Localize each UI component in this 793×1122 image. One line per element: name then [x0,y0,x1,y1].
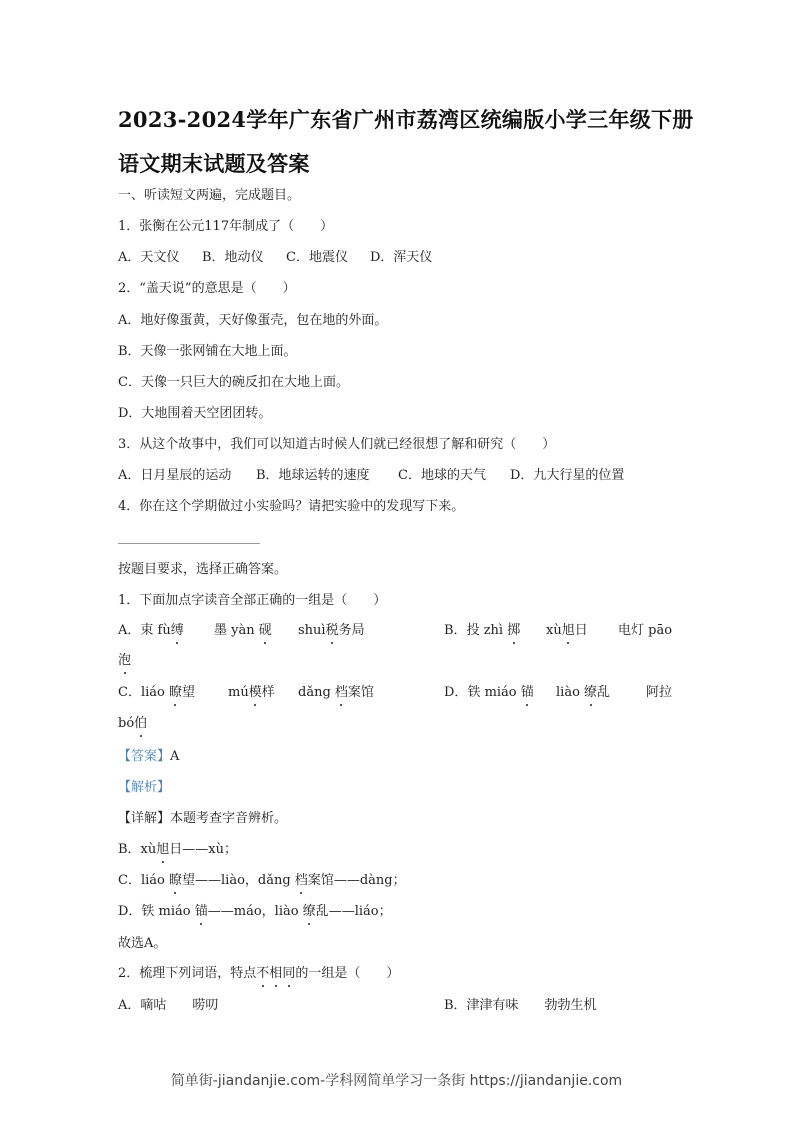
question-1-stem: 1．张衡在公元117年制成了（ ） [118,218,333,236]
option-c: C．地球的天气 [398,467,486,485]
dotted-char: 同 [282,965,295,983]
dotted-char: 档 [335,684,348,702]
section-1-heading: 一、听读短文两遍，完成题目。 [118,187,300,205]
dotted-char: 掷 [507,622,520,640]
analysis-line: 【解析】 [118,779,170,797]
option-label: C． [118,685,141,700]
question-4-stem: 4．你在这个学期做过小实验吗？请把实验中的发现写下来。 [118,498,464,516]
text: 的一组是（ ） [295,966,399,981]
option-a: A．日月星辰的运动 [118,467,231,485]
footer-watermark: 简单街-jiandanjie.com-学科网简单学习一条街 https://ji… [0,1070,793,1090]
document-title-line-2: 语文期末试题及答案 [118,148,698,178]
text: 日——xù； [169,842,237,857]
option-b: B．投 zhì 掷 [444,622,520,640]
option-a: A．天文仪 [118,249,179,267]
s2-question-2-stem: 2．梳理下列词语，特点不相同的一组是（ ） [118,965,399,983]
text: B．xù [118,842,156,857]
dotted-char: 缚 [171,622,184,640]
option-c-word-3: dǎng 档案馆 [298,684,374,702]
word-rest: 望 [182,685,195,700]
explanation-c: C．liáo 瞭望——liào，dǎng 档案馆——dàng； [118,872,406,890]
pinyin-text: mú [228,685,249,700]
dotted-char: 相 [269,965,282,983]
dotted-char: 缭 [584,684,597,702]
option-c: C．liáo 瞭望 [118,684,195,702]
dotted-char: 旭 [156,841,169,859]
dotted-char: 不 [256,965,269,983]
pinyin-text: 铁 miáo [467,685,520,700]
pinyin-text: xù [546,623,562,638]
answer-line: 【答案】A [118,748,179,766]
document-page: 2023-2024学年广东省广州市荔湾区统编版小学三年级下册 语文期末试题及答案… [0,0,793,1122]
text: ——máo，liào [208,904,303,919]
option-b-wrap: 泡 [118,652,131,670]
dotted-char: 锚 [521,684,534,702]
question-2-option-b: B．天像一张网铺在大地上面。 [118,343,297,361]
s2-question-1-stem: 1．下面加点字读音全部正确的一组是（ ） [118,592,386,610]
dotted-char: 伯 [134,715,147,733]
section-2-heading: 按题目要求，选择正确答案。 [118,561,287,579]
option-d-word-3: 阿拉 [646,684,672,702]
conclusion: 故选A。 [118,935,166,953]
option-b: B．地动仪 [202,249,264,267]
pinyin-text: liáo [141,685,169,700]
question-2-option-c: C．天像一只巨大的碗反扣在大地上面。 [118,374,349,392]
dotted-char: 瞭 [169,684,182,702]
dotted-char: 瞭 [169,872,182,890]
text: 乱——liáo； [316,904,392,919]
answer-value: A [170,749,179,764]
text: C．liáo [118,873,169,888]
option-d: D．九大行星的位置 [510,467,624,485]
pinyin-text: 墨 yàn [214,623,259,638]
text: 案馆——dàng； [308,873,406,888]
dotted-char: 模 [249,684,262,702]
word-rest: 样 [262,685,275,700]
option-label: A． [118,623,140,638]
dotted-char: 砚 [259,622,272,640]
detail-text: 本题考查字音辨析。 [170,811,287,826]
word-rest: 乱 [597,685,610,700]
text: 望——liào，dǎng [182,873,295,888]
text: D．铁 miáo [118,904,195,919]
option-d-wrap: bó伯 [118,715,147,733]
option-d-word-2: liào 缭乱 [556,684,610,702]
option-a: A．束 fù缚 [118,622,184,640]
pinyin-text: shuì [298,623,326,638]
option-b: B．地球运转的速度 [256,467,370,485]
text: 2．梳理下列词语，特点 [118,966,256,981]
dotted-char: 锚 [195,903,208,921]
question-2-stem: 2．“盖天说”的意思是（ ） [118,280,296,298]
detail-tag: 【详解】 [118,811,170,826]
pinyin-text: liào [556,685,584,700]
option-d: D．浑天仪 [370,249,432,267]
option-label: B． [444,623,467,638]
pinyin-text: dǎng [298,685,335,700]
analysis-tag: 【解析】 [118,780,170,795]
dotted-char: 缭 [303,903,316,921]
word-rest: 日 [575,623,588,638]
pinyin-text: bó [118,716,134,731]
word-rest: 务局 [339,623,365,638]
option-a-word-3: shuì税务局 [298,622,365,640]
answer-tag: 【答案】 [118,749,170,764]
option-label: D． [444,685,467,700]
pinyin-text: 束 fù [140,623,170,638]
dotted-char: 旭 [562,622,575,640]
option-d: D．铁 miáo 锚 [444,684,534,702]
dotted-char: 档 [295,872,308,890]
option-b: B．津津有味 勃勃生机 [444,997,597,1015]
explanation-d: D．铁 miáo 锚——máo，liào 缭乱——liáo； [118,903,392,921]
question-3-stem: 3．从这个故事中，我们可以知道古时候人们就已经很想了解和研究（ ） [118,436,555,454]
option-b-word-2: xù旭日 [546,622,588,640]
question-2-option-a: A．地好像蛋黄，天好像蛋壳，包在地的外面。 [118,312,387,330]
dotted-char: 泡 [118,652,131,670]
option-b-word-3: 电灯 pāo [618,622,672,640]
option-a-word-2: 墨 yàn 砚 [214,622,272,640]
dotted-char: 税 [326,622,339,640]
detail-line: 【详解】本题考查字音辨析。 [118,810,287,828]
document-title-line-1: 2023-2024学年广东省广州市荔湾区统编版小学三年级下册 [118,104,698,134]
question-2-option-d: D．大地围着天空团团转。 [118,405,271,423]
word-rest: 案馆 [348,685,374,700]
option-a: A．嘀咕 唠叨 [118,997,218,1015]
section-divider [118,543,260,544]
option-c: C．地震仪 [286,249,348,267]
pinyin-text: 投 zhì [467,623,508,638]
option-c-word-2: mú模样 [228,684,275,702]
explanation-b: B．xù旭日——xù； [118,841,237,859]
